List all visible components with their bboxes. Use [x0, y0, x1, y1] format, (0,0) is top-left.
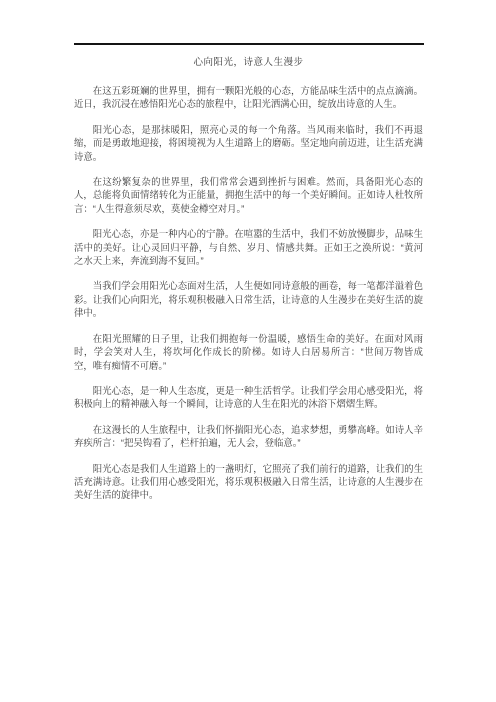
paragraph-3: 在这纷繁复杂的世界里，我们常常会遇到挫折与困难。然而，具备阳光心态的人，总能将负… — [74, 175, 423, 215]
paragraph-4: 阳光心态，亦是一种内心的宁静。在喧嚣的生活中，我们不妨放慢脚步，品味生活中的美好… — [74, 227, 423, 267]
paragraph-2: 阳光心态，是那抹暖阳，照亮心灵的每一个角落。当风雨来临时，我们不再退缩，而是勇敢… — [74, 123, 423, 163]
document-page: 心向阳光，诗意人生漫步 在这五彩斑斓的世界里，拥有一颗阳光般的心态，方能品味生活… — [0, 0, 496, 702]
paragraph-8: 在这漫长的人生旅程中，让我们怀揣阳光心态，追求梦想，勇攀高峰。如诗人辛弃疾所言：… — [74, 423, 423, 450]
paragraph-1: 在这五彩斑斓的世界里，拥有一颗阳光般的心态，方能品味生活中的点点滴滴。近日，我沉… — [74, 84, 423, 111]
paragraph-6: 在阳光照耀的日子里，让我们拥抱每一份温暖，感悟生命的美好。在面对风雨时，学会笑对… — [74, 332, 423, 372]
paragraph-9: 阳光心态是我们人生道路上的一盏明灯，它照亮了我们前行的道路，让我们的生活充满诗意… — [74, 462, 423, 502]
paragraph-5: 当我们学会用阳光心态面对生活，人生便如同诗意般的画卷，每一笔都洋溢着色彩。让我们… — [74, 279, 423, 319]
header-rule-divider — [74, 43, 424, 45]
document-body: 心向阳光，诗意人生漫步 在这五彩斑斓的世界里，拥有一颗阳光般的心态，方能品味生活… — [74, 56, 423, 502]
paragraph-7: 阳光心态，是一种人生态度，更是一种生活哲学。让我们学会用心感受阳光，将积极向上的… — [74, 384, 423, 411]
document-title: 心向阳光，诗意人生漫步 — [74, 56, 423, 69]
